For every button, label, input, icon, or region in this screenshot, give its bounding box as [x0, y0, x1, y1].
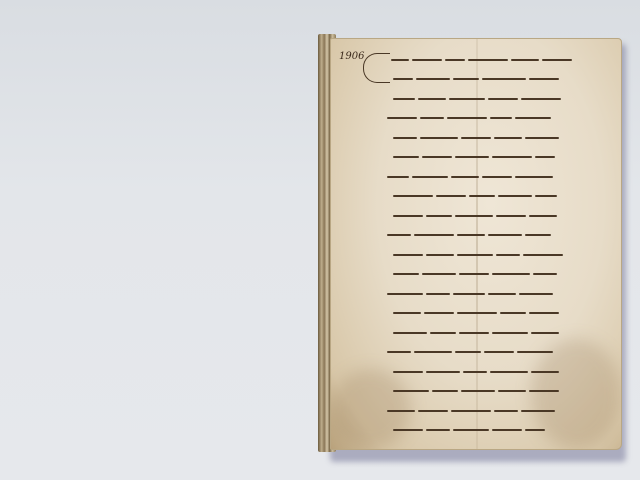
ink-stroke: [393, 273, 419, 275]
ink-stroke: [418, 98, 446, 100]
ink-stroke: [492, 429, 522, 431]
ink-stroke: [482, 176, 512, 178]
manuscript-line: [361, 248, 611, 268]
ink-stroke: [393, 137, 417, 139]
ink-stroke: [529, 78, 559, 80]
ink-stroke: [393, 332, 427, 334]
ink-stroke: [525, 137, 559, 139]
ink-stroke: [468, 59, 508, 61]
ink-stroke: [515, 176, 553, 178]
ink-stroke: [492, 273, 530, 275]
ink-stroke: [412, 176, 448, 178]
ink-stroke: [420, 137, 458, 139]
ink-stroke: [426, 215, 452, 217]
ink-stroke: [422, 156, 452, 158]
ink-stroke: [492, 332, 528, 334]
ink-stroke: [492, 156, 532, 158]
ink-stroke: [387, 176, 409, 178]
ink-stroke: [387, 117, 417, 119]
ink-stroke: [498, 390, 526, 392]
ink-stroke: [535, 195, 557, 197]
ink-stroke: [457, 254, 493, 256]
ink-stroke: [393, 371, 423, 373]
ink-stroke: [451, 176, 479, 178]
ink-stroke: [393, 156, 419, 158]
ink-stroke: [511, 59, 539, 61]
manuscript-line: [361, 365, 611, 385]
ink-stroke: [459, 332, 489, 334]
ink-stroke: [533, 273, 557, 275]
ink-stroke: [393, 254, 423, 256]
ink-stroke: [521, 98, 561, 100]
manuscript-line: [361, 268, 611, 288]
ink-stroke: [391, 59, 409, 61]
ink-stroke: [426, 429, 450, 431]
ink-stroke: [453, 293, 485, 295]
ink-stroke: [484, 351, 514, 353]
ink-stroke: [393, 429, 423, 431]
ink-stroke: [432, 390, 458, 392]
ink-stroke: [387, 293, 423, 295]
ink-stroke: [393, 390, 429, 392]
manuscript-line: [361, 404, 611, 424]
ink-stroke: [387, 234, 411, 236]
manuscript-line: [361, 112, 611, 132]
ink-stroke: [498, 195, 532, 197]
manuscript-page: 1906: [330, 38, 622, 450]
ink-stroke: [457, 234, 485, 236]
manuscript-line: [361, 424, 611, 444]
manuscript-line: [361, 53, 611, 73]
ink-stroke: [519, 293, 553, 295]
manuscript-line: [361, 346, 611, 366]
ink-stroke: [457, 312, 497, 314]
ink-stroke: [488, 98, 518, 100]
ink-stroke: [529, 215, 557, 217]
ink-stroke: [393, 215, 423, 217]
ink-stroke: [490, 371, 528, 373]
ink-stroke: [453, 78, 479, 80]
ink-stroke: [426, 254, 454, 256]
ink-stroke: [420, 117, 444, 119]
ink-stroke: [424, 312, 454, 314]
ink-stroke: [393, 312, 421, 314]
ink-stroke: [422, 273, 456, 275]
ink-stroke: [535, 156, 555, 158]
ink-stroke: [414, 234, 454, 236]
ink-stroke: [521, 410, 555, 412]
manuscript-line: [361, 151, 611, 171]
ink-stroke: [515, 117, 551, 119]
ink-stroke: [517, 351, 553, 353]
manuscript-line: [361, 209, 611, 229]
ink-stroke: [416, 78, 450, 80]
ink-stroke: [455, 156, 489, 158]
ink-stroke: [453, 429, 489, 431]
manuscript-line: [361, 326, 611, 346]
manuscript-line: [361, 92, 611, 112]
manuscript-line: [361, 190, 611, 210]
ink-stroke: [494, 137, 522, 139]
ink-stroke: [463, 371, 487, 373]
ink-stroke: [488, 293, 516, 295]
ink-stroke: [455, 215, 493, 217]
ink-stroke: [447, 117, 487, 119]
ink-stroke: [436, 195, 466, 197]
ink-stroke: [494, 410, 518, 412]
ink-stroke: [445, 59, 465, 61]
manuscript-line: [361, 131, 611, 151]
ink-stroke: [529, 390, 559, 392]
photo-scene: 1906: [0, 0, 640, 480]
ink-stroke: [496, 254, 520, 256]
ink-stroke: [490, 117, 512, 119]
manuscript-line: [361, 170, 611, 190]
ink-stroke: [496, 215, 526, 217]
ink-stroke: [531, 371, 559, 373]
manuscript-line: [361, 307, 611, 327]
manuscript-line: [361, 73, 611, 93]
ink-stroke: [469, 195, 495, 197]
ink-stroke: [393, 78, 413, 80]
ink-stroke: [542, 59, 572, 61]
ink-stroke: [414, 351, 452, 353]
ink-stroke: [523, 254, 563, 256]
ink-stroke: [529, 312, 559, 314]
manuscript-line: [361, 385, 611, 405]
ink-stroke: [412, 59, 442, 61]
ink-stroke: [525, 234, 551, 236]
ink-stroke: [500, 312, 526, 314]
ink-stroke: [449, 98, 485, 100]
handwritten-text: [361, 53, 611, 443]
ink-stroke: [426, 371, 460, 373]
manuscript-line: [361, 229, 611, 249]
ink-stroke: [387, 351, 411, 353]
ink-stroke: [459, 273, 489, 275]
ink-stroke: [531, 332, 559, 334]
ink-stroke: [488, 234, 522, 236]
ink-stroke: [426, 293, 450, 295]
ink-stroke: [525, 429, 545, 431]
ink-stroke: [455, 351, 481, 353]
ink-stroke: [451, 410, 491, 412]
ink-stroke: [418, 410, 448, 412]
ink-stroke: [461, 137, 491, 139]
ink-stroke: [430, 332, 456, 334]
ink-stroke: [482, 78, 526, 80]
ink-stroke: [461, 390, 495, 392]
ink-stroke: [393, 195, 433, 197]
manuscript-line: [361, 287, 611, 307]
ink-stroke: [393, 98, 415, 100]
ink-stroke: [387, 410, 415, 412]
